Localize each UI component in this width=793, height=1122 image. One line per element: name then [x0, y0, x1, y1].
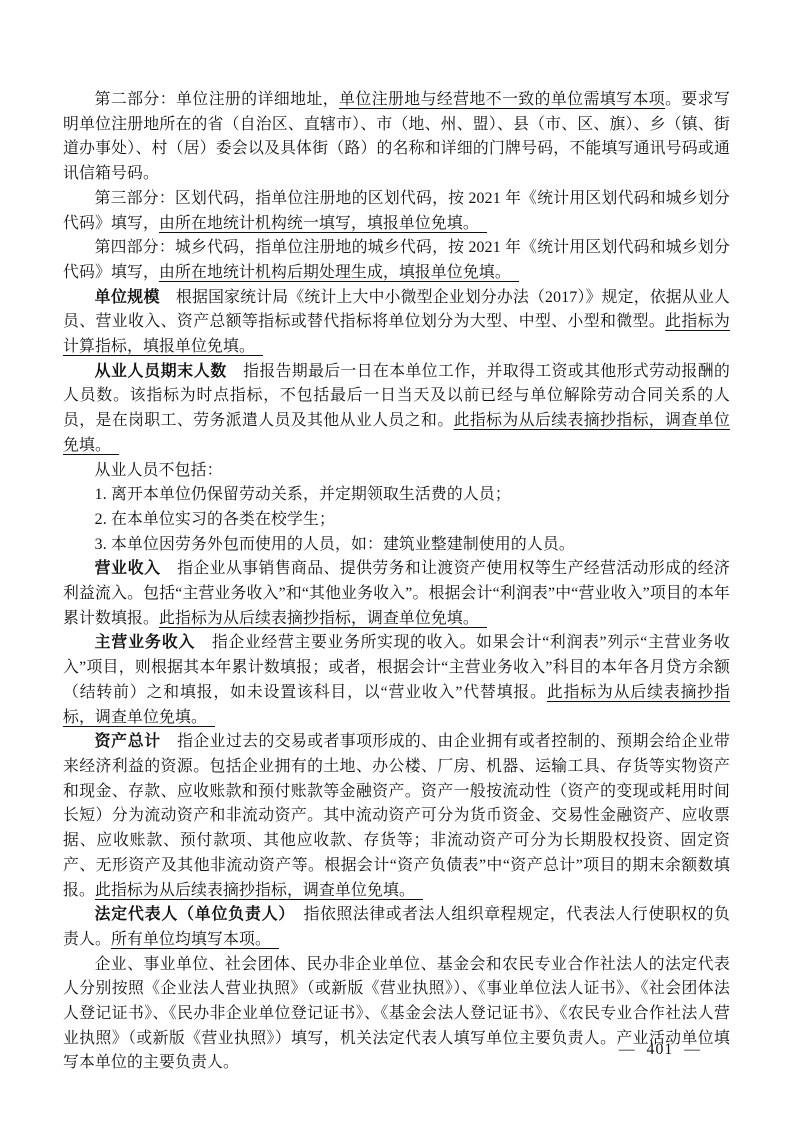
underlined-note: 此指标为从后续表摘抄指标，调查单位免填。: [95, 882, 423, 899]
text-run: 根据国家统计局《统计上大中小微型企业划分办法（2017）》规定，依据从业人员、营…: [63, 289, 730, 331]
text-run: 1. 离开本单位仍保留劳动关系，并定期领取生活费的人员；: [95, 486, 511, 503]
text-run: 第二部分：单位注册的详细地址，: [95, 91, 340, 108]
text-run: 3. 本单位因劳务外包而使用的人员，如：建筑业整建制使用的人员。: [95, 536, 575, 553]
text-run: 2. 在本单位实习的各类在校学生；: [95, 511, 335, 528]
para-section-4-urban-rural-code: 第四部分：城乡代码，指单位注册地的城乡代码，按 2021 年《统计用区划代码和城…: [63, 236, 730, 285]
para-main-business-revenue: 主营业务收入 指企业经营主要业务所实现的收入。如果会计“利润表”列示“主营业务收…: [63, 631, 730, 730]
list-item-2: 2. 在本单位实习的各类在校学生；: [63, 508, 730, 533]
text-run: 指企业过去的交易或者事项形成的、由企业拥有或者控制的、预期会给企业带来经济利益的…: [63, 733, 730, 898]
term-heading: 主营业务收入: [95, 634, 196, 651]
underlined-note: 由所在地统计机构统一填写，填报单位免填。: [159, 215, 487, 232]
para-section-3-division-code: 第三部分：区划代码，指单位注册地的区划代码，按 2021 年《统计用区划代码和城…: [63, 187, 730, 236]
underlined-note: 由所在地统计机构后期处理生成，填报单位免填。: [159, 264, 519, 281]
underlined-note: 所有单位均填写本项。: [111, 931, 279, 948]
underlined-note: 此指标为从后续表摘抄指标，调查单位免填。: [159, 610, 487, 627]
para-total-assets: 资产总计 指企业过去的交易或者事项形成的、由企业拥有或者控制的、预期会给企业带来…: [63, 730, 730, 903]
term-heading: 法定代表人（单位负责人）: [95, 906, 288, 923]
para-unit-scale: 单位规模 根据国家统计局《统计上大中小微型企业划分办法（2017）》规定，依据从…: [63, 286, 730, 360]
list-item-3: 3. 本单位因劳务外包而使用的人员，如：建筑业整建制使用的人员。: [63, 533, 730, 558]
document-body: 第二部分：单位注册的详细地址，单位注册地与经营地不一致的单位需填写本项。要求写明…: [63, 88, 730, 1076]
list-item-1: 1. 离开本单位仍保留劳动关系，并定期领取生活费的人员；: [63, 483, 730, 508]
page-number: — 401 —: [619, 1041, 701, 1059]
underlined-note: 单位注册地与经营地不一致的单位需填写本项: [339, 91, 665, 108]
para-operating-revenue: 营业收入 指企业从事销售商品、提供劳务和让渡资产使用权等生产经营活动形成的经济利…: [63, 557, 730, 631]
para-employees-period-end: 从业人员期末人数 指报告期最后一日在本单位工作，并取得工资或其他形式劳动报酬的人…: [63, 360, 730, 459]
term-heading: 营业收入: [95, 560, 161, 577]
text-run: 从业人员不包括：: [95, 462, 223, 479]
para-section-2-address: 第二部分：单位注册的详细地址，单位注册地与经营地不一致的单位需填写本项。要求写明…: [63, 88, 730, 187]
term-heading: 从业人员期末人数: [95, 363, 227, 380]
term-heading: 资产总计: [95, 733, 161, 750]
term-heading: 单位规模: [95, 289, 160, 306]
para-legal-representative: 法定代表人（单位负责人） 指依照法律或者法人组织章程规定，代表法人行使职权的负责…: [63, 903, 730, 952]
document-page: 第二部分：单位注册的详细地址，单位注册地与经营地不一致的单位需填写本项。要求写明…: [0, 0, 793, 1122]
para-employees-exclude-intro: 从业人员不包括：: [63, 459, 730, 484]
